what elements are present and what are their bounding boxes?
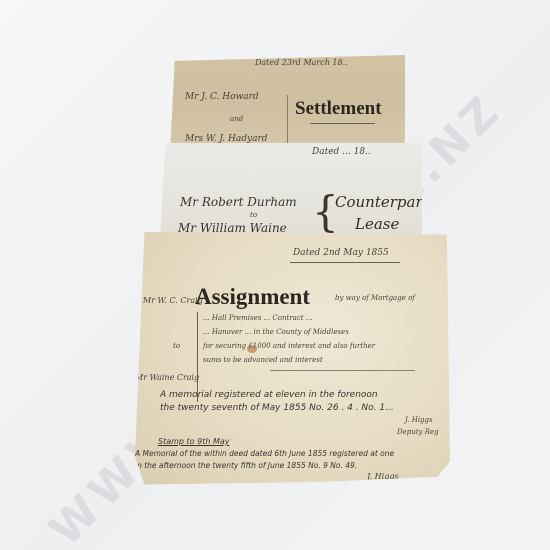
- assignment-party-1: Mr W. C. Craig: [143, 296, 203, 305]
- document-assignment: Dated 2nd May 1855 Mr W. C. Craig Assign…: [135, 232, 450, 487]
- settlement-party-1: Mr J. C. Howard: [185, 92, 259, 102]
- assignment-description-underline: [270, 370, 415, 371]
- lease-title-line-1: Counterpart: [335, 193, 429, 211]
- settlement-dated: Dated 23rd March 18..: [255, 58, 348, 67]
- memorial-1-signature: J. Higgs: [405, 416, 433, 424]
- assignment-description-line-2: ... Hall Premises ... Contract ...: [203, 314, 312, 322]
- settlement-connector: and: [230, 115, 243, 123]
- document-counterpart-lease: Dated ... 18.. Mr Robert Durham to Mr Wi…: [160, 143, 422, 241]
- settlement-title-underline: [310, 123, 375, 124]
- assignment-description-line-5: sums to be advanced and interest: [203, 356, 323, 364]
- assignment-connector: to: [173, 342, 180, 350]
- assignment-title: Assignment: [195, 284, 310, 310]
- memorial-2-line-2: in the afternoon the twenty fifth of Jun…: [135, 461, 357, 470]
- settlement-party-2: Mrs W. J. Hadyard: [185, 134, 268, 144]
- memorial-1-line-1: A memorial registered at eleven in the f…: [160, 390, 378, 400]
- assignment-dated-underline: [290, 262, 400, 263]
- assignment-party-2: Mr Waine Craig: [135, 373, 199, 382]
- lease-connector: to: [250, 211, 257, 219]
- lease-dated: Dated ... 18..: [312, 147, 371, 157]
- lease-title-line-2: Lease: [355, 215, 399, 233]
- settlement-title: Settlement: [295, 98, 382, 120]
- memorial-2-signature: J. Higgs: [367, 472, 399, 481]
- assignment-description-line-3: ... Hanover ... in the County of Middles…: [203, 328, 349, 336]
- assignment-bracket-line: [197, 312, 198, 402]
- stamp-note: Stamp to 9th May: [158, 437, 229, 446]
- assignment-description-line-1: by way of Mortgage of: [335, 294, 415, 302]
- memorial-2-line-1: A Memorial of the within deed dated 6th …: [135, 449, 394, 458]
- assignment-description-line-4: for securing £1000 and interest and also…: [203, 342, 375, 350]
- memorial-1-line-2: the twenty seventh of May 1855 No. 26 . …: [160, 403, 394, 413]
- assignment-dated: Dated 2nd May 1855: [293, 248, 389, 258]
- memorial-1-signature-sub: Deputy Reg: [397, 428, 439, 436]
- lease-party-1: Mr Robert Durham: [180, 195, 297, 209]
- rust-stain: [247, 345, 257, 353]
- document-settlement: Dated 23rd March 18.. Mr J. C. Howard an…: [170, 55, 405, 153]
- memorial-2-signature-sub: Deputy: [385, 482, 411, 490]
- settlement-divider: [287, 95, 288, 145]
